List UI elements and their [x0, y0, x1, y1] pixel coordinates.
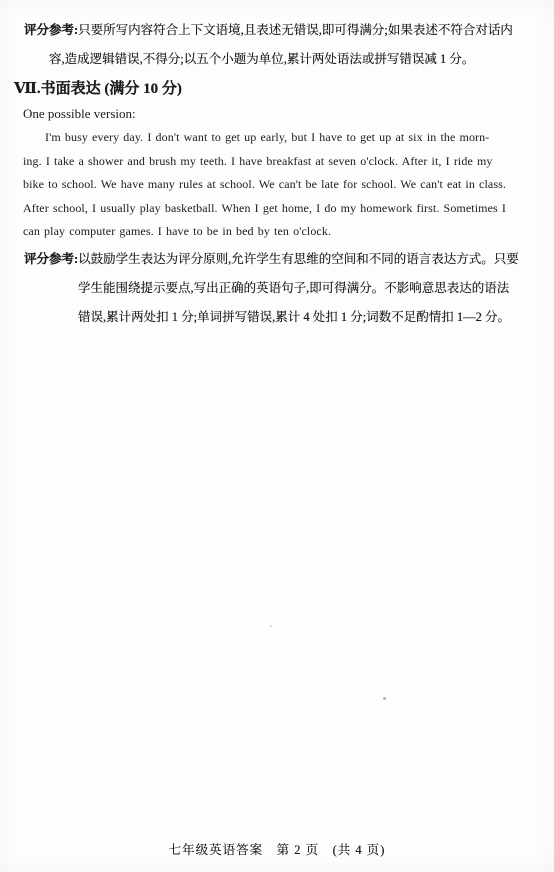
essay-line: I'm busy every day. I don't want to get …: [23, 126, 542, 150]
essay-paragraph: I'm busy every day. I don't want to get …: [23, 126, 542, 244]
essay-line: ing. I take a shower and brush my teeth.…: [23, 150, 542, 174]
essay-line: After school, I usually play basketball.…: [23, 197, 542, 221]
grading-note-line: 错误,累计两处扣 1 分;单词拼写错误,累计 4 处扣 1 分;词数不足酌情扣 …: [24, 303, 542, 332]
scan-speck: [363, 142, 365, 144]
grading-note-line: 容,造成逻辑错误,不得分;以五个小题为单位,累计两处语法或拼写错误减 1 分。: [24, 45, 542, 74]
page-content: 评分参考:只要所写内容符合上下文语境,且表述无错误,即可得满分;如果表述不符合对…: [0, 0, 554, 332]
grading-note-line: 评分参考:只要所写内容符合上下文语境,且表述无错误,即可得满分;如果表述不符合对…: [24, 16, 542, 45]
section-heading: Ⅶ.书面表达 (满分 10 分): [14, 76, 542, 102]
grading-note-text: 只要所写内容符合上下文语境,且表述无错误,即可得满分;如果表述不符合对话内: [78, 23, 513, 37]
grading-note-2: 评分参考:以鼓励学生表达为评分原则,允许学生有思维的空间和不同的语言表达方式。只…: [24, 245, 542, 332]
grading-note-label: 评分参考:: [24, 252, 78, 266]
scanned-answer-page: 评分参考:只要所写内容符合上下文语境,且表述无错误,即可得满分;如果表述不符合对…: [0, 0, 554, 872]
grading-note-line: 评分参考:以鼓励学生表达为评分原则,允许学生有思维的空间和不同的语言表达方式。只…: [24, 245, 542, 274]
essay-line: bike to school. We have many rules at sc…: [23, 173, 542, 197]
essay-line: can play computer games. I have to be in…: [23, 220, 542, 244]
grading-note-line: 学生能围绕提示要点,写出正确的英语句子,即可得满分。不影响意思表达的语法: [24, 274, 542, 303]
scan-speck: [383, 697, 386, 700]
grading-note-label: 评分参考:: [24, 23, 78, 37]
version-label: One possible version:: [23, 102, 542, 126]
page-footer: 七年级英语答案 第 2 页 (共 4 页): [0, 840, 554, 858]
scan-speck: [408, 312, 410, 314]
grading-note-1: 评分参考:只要所写内容符合上下文语境,且表述无错误,即可得满分;如果表述不符合对…: [24, 16, 542, 74]
scan-speck: [270, 625, 272, 627]
grading-note-text: 以鼓励学生表达为评分原则,允许学生有思维的空间和不同的语言表达方式。只要: [78, 252, 519, 266]
